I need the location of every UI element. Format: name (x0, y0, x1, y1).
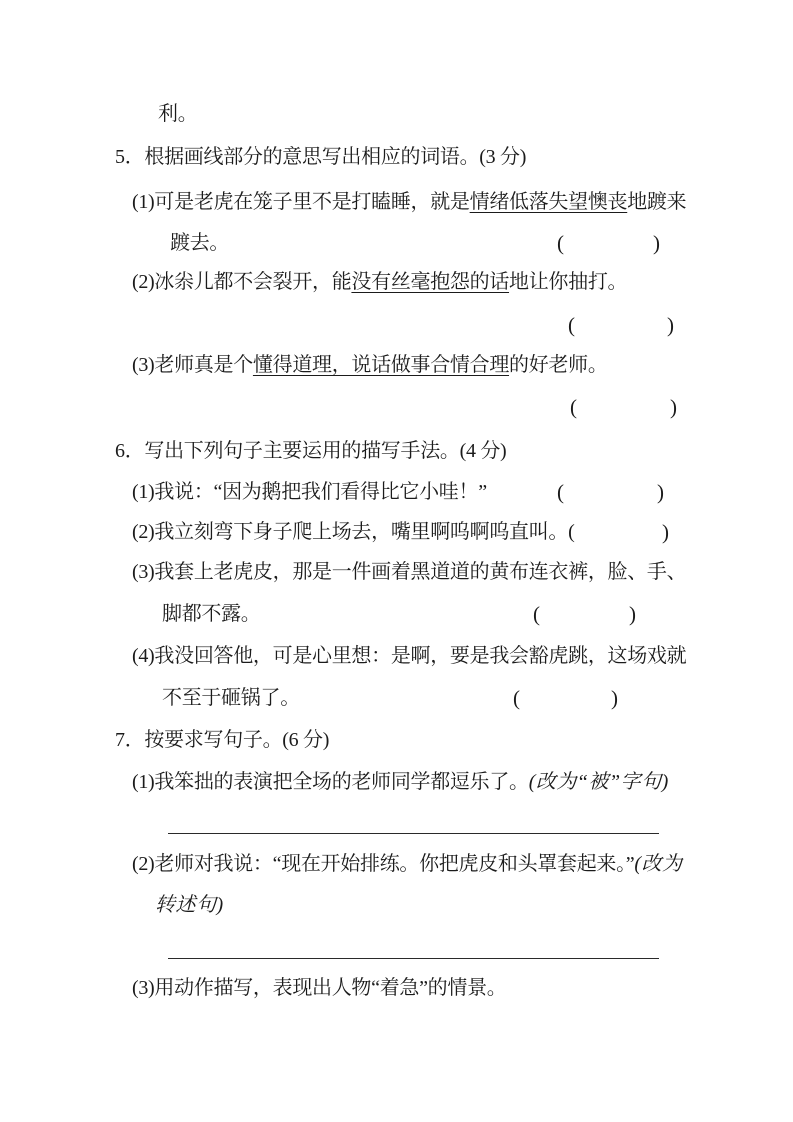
q6-item4-wrap: 不至于砸锅了。 (162, 686, 300, 710)
q7-item2-text-seg-0: (2)老师对我说：“现在开始排练。你把虎皮和头罩套起来。” (132, 853, 634, 875)
q6-item4-text: (4)我没回答他，可是心里想：是啊，要是我会豁虎跳，这场戏就 (132, 644, 686, 668)
q5-item2-answer-parens-paren-close: ) (667, 313, 674, 337)
q6-item1-text-paren-open: ( (557, 480, 564, 504)
q5-item1-wrap-paren-open: ( (557, 231, 564, 255)
q7-item2-text: (2)老师对我说：“现在开始排练。你把虎皮和头罩套起来。”(改为 (132, 852, 683, 876)
q5-item1-wrap-paren-close: ) (653, 231, 660, 255)
q6-title-seg-0: 6．写出下列句子主要运用的描写手法。(4 分) (115, 440, 506, 462)
q5-title: 5．根据画线部分的意思写出相应的词语。(3 分) (115, 145, 526, 169)
q5-item3-text: (3)老师真是个懂得道理，说话做事合情合理的好老师。 (132, 353, 608, 377)
q7-title: 7．按要求写句子。(6 分) (115, 728, 329, 752)
q6-item3-text: (3)我套上老虎皮，那是一件画着黑道道的黄布连衣裤，脸、手、 (132, 560, 686, 584)
q5-item3-text-seg-2: 的好老师。 (509, 354, 608, 376)
q5-item1-text: (1)可是老虎在笼子里不是打瞌睡，就是情绪低落失望懊丧地踱来 (132, 190, 686, 214)
q6-item3-wrap: 脚都不露。 (162, 602, 261, 626)
q5-item1-text-seg-1: 情绪低落失望懊丧 (470, 191, 628, 213)
q6-item4-wrap-paren-close: ) (611, 686, 618, 710)
q5-item1-wrap: 踱去。 (170, 231, 229, 255)
q6-item4-wrap-paren-open: ( (513, 686, 520, 710)
worksheet-page: 利。5．根据画线部分的意思写出相应的词语。(3 分)(1)可是老虎在笼子里不是打… (0, 0, 793, 1122)
q5-item1-text-seg-0: (1)可是老虎在笼子里不是打瞌睡，就是 (132, 191, 470, 213)
q5-item1-wrap-seg-0: 踱去。 (170, 232, 229, 254)
q5-item2-text: (2)冰尜儿都不会裂开，能没有丝毫抱怨的话地让你抽打。 (132, 270, 627, 294)
q4-carryover-text: 利。 (158, 102, 197, 126)
q6-item3-wrap-paren-open: ( (533, 602, 540, 626)
q4-carryover-text-seg-0: 利。 (158, 103, 197, 125)
q5-title-seg-0: 5．根据画线部分的意思写出相应的词语。(3 分) (115, 146, 526, 168)
q7-item2-text-seg-1: (改为 (634, 853, 682, 875)
q6-item2-text: (2)我立刻弯下身子爬上场去，嘴里啊呜啊呜直叫。( (132, 520, 574, 544)
q5-item3-answer-parens-paren-close: ) (670, 395, 677, 419)
q5-item2-text-seg-0: (2)冰尜儿都不会裂开，能 (132, 271, 351, 293)
q5-item3-answer-parens-paren-open: ( (570, 395, 577, 419)
q7-item1-text-seg-0: (1)我笨拙的表演把全场的老师同学都逗乐了。 (132, 771, 529, 793)
q7-item1-text: (1)我笨拙的表演把全场的老师同学都逗乐了。(改为“被”字句) (132, 770, 669, 794)
q6-item2-text-paren-close: ) (662, 520, 669, 544)
q6-item1-text: (1)我说：“因为鹅把我们看得比它小哇！” (132, 480, 487, 504)
q6-item3-text-seg-0: (3)我套上老虎皮，那是一件画着黑道道的黄布连衣裤，脸、手、 (132, 561, 686, 583)
q5-item1-text-seg-2: 地踱来 (627, 191, 686, 213)
q7-item2-answer-line (168, 958, 659, 959)
q6-item2-text-seg-0: (2)我立刻弯下身子爬上场去，嘴里啊呜啊呜直叫。( (132, 521, 574, 543)
q6-title: 6．写出下列句子主要运用的描写手法。(4 分) (115, 439, 506, 463)
q6-item4-wrap-seg-0: 不至于砸锅了。 (162, 687, 300, 709)
q6-item1-text-seg-0: (1)我说：“因为鹅把我们看得比它小哇！” (132, 481, 487, 503)
q7-item2-wrap: 转述句) (155, 893, 224, 917)
q6-item4-text-seg-0: (4)我没回答他，可是心里想：是啊，要是我会豁虎跳，这场戏就 (132, 645, 686, 667)
q7-item1-answer-line (168, 833, 659, 834)
q7-title-seg-0: 7．按要求写句子。(6 分) (115, 729, 329, 751)
q7-item3-text-seg-0: (3)用动作描写，表现出人物“着急”的情景。 (132, 977, 506, 999)
q7-item3-text: (3)用动作描写，表现出人物“着急”的情景。 (132, 976, 506, 1000)
q5-item3-text-seg-0: (3)老师真是个 (132, 354, 253, 376)
q6-item1-text-paren-close: ) (657, 480, 664, 504)
q5-item2-text-seg-1: 没有丝毫抱怨的话 (351, 271, 509, 293)
q5-item2-text-seg-2: 地让你抽打。 (509, 271, 627, 293)
q6-item3-wrap-seg-0: 脚都不露。 (162, 603, 261, 625)
q7-item1-text-seg-1: (改为“被”字句) (529, 771, 669, 793)
q5-item3-text-seg-1: 懂得道理，说话做事合情合理 (253, 354, 509, 376)
q5-item2-answer-parens-paren-open: ( (568, 313, 575, 337)
q7-item2-wrap-seg-0: 转述句) (155, 894, 224, 916)
q6-item3-wrap-paren-close: ) (629, 602, 636, 626)
